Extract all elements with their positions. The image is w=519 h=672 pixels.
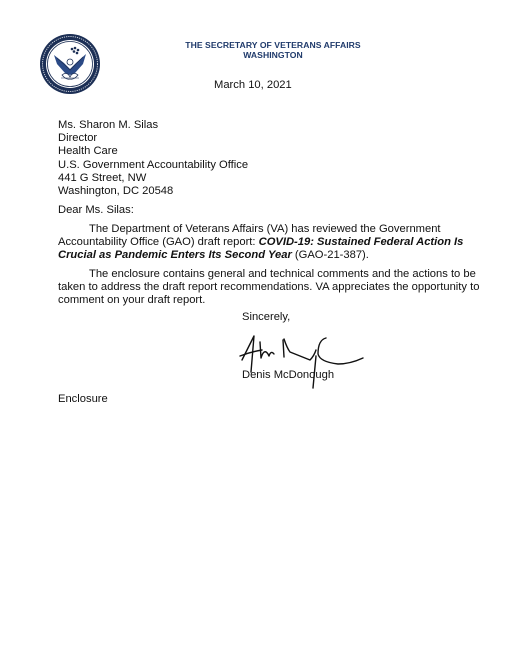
body-paragraph-2: The enclosure contains general and techn… [58,268,478,308]
paragraph-1-line-1: The Department of Veterans Affairs (VA) … [58,223,478,236]
letter-date: March 10, 2021 [214,79,292,92]
letter-page: THE SECRETARY OF VETERANS AFFAIRS WASHIN… [0,0,519,672]
salutation: Dear Ms. Silas: [58,204,134,217]
report-title-part-1: COVID-19: Sustained Federal Action Is [259,236,464,248]
report-number: (GAO-21-387). [292,249,369,261]
letterhead-title: THE SECRETARY OF VETERANS AFFAIRS [150,40,396,50]
paragraph-2-line-1: The enclosure contains general and techn… [58,268,478,281]
va-seal-icon [39,33,101,95]
report-title-part-2: Crucial as Pandemic Enters Its Second Ye… [58,249,292,261]
closing: Sincerely, [242,311,290,324]
body-paragraph-1: The Department of Veterans Affairs (VA) … [58,223,478,263]
paragraph-1-line-2: Accountability Office (GAO) draft report… [58,236,478,249]
letterhead: THE SECRETARY OF VETERANS AFFAIRS WASHIN… [150,40,396,60]
recipient-department: Health Care [58,145,248,158]
handwritten-signature-icon [238,330,373,398]
recipient-organization: U.S. Government Accountability Office [58,159,248,172]
enclosure-label: Enclosure [58,393,108,406]
paragraph-1-line-3: Crucial as Pandemic Enters Its Second Ye… [58,249,478,262]
recipient-city-state-zip: Washington, DC 20548 [58,185,248,198]
paragraph-2-line-2: taken to address the draft report recomm… [58,281,478,294]
recipient-address: Ms. Sharon M. Silas Director Health Care… [58,119,248,198]
letterhead-subtitle: WASHINGTON [150,50,396,60]
paragraph-2-line-3: comment on your draft report. [58,294,478,307]
recipient-street: 441 G Street, NW [58,172,248,185]
recipient-title: Director [58,132,248,145]
signer-name: Denis McDonough [242,369,334,382]
paragraph-1-line-2-text: Accountability Office (GAO) draft report… [58,236,259,248]
recipient-name: Ms. Sharon M. Silas [58,119,248,132]
